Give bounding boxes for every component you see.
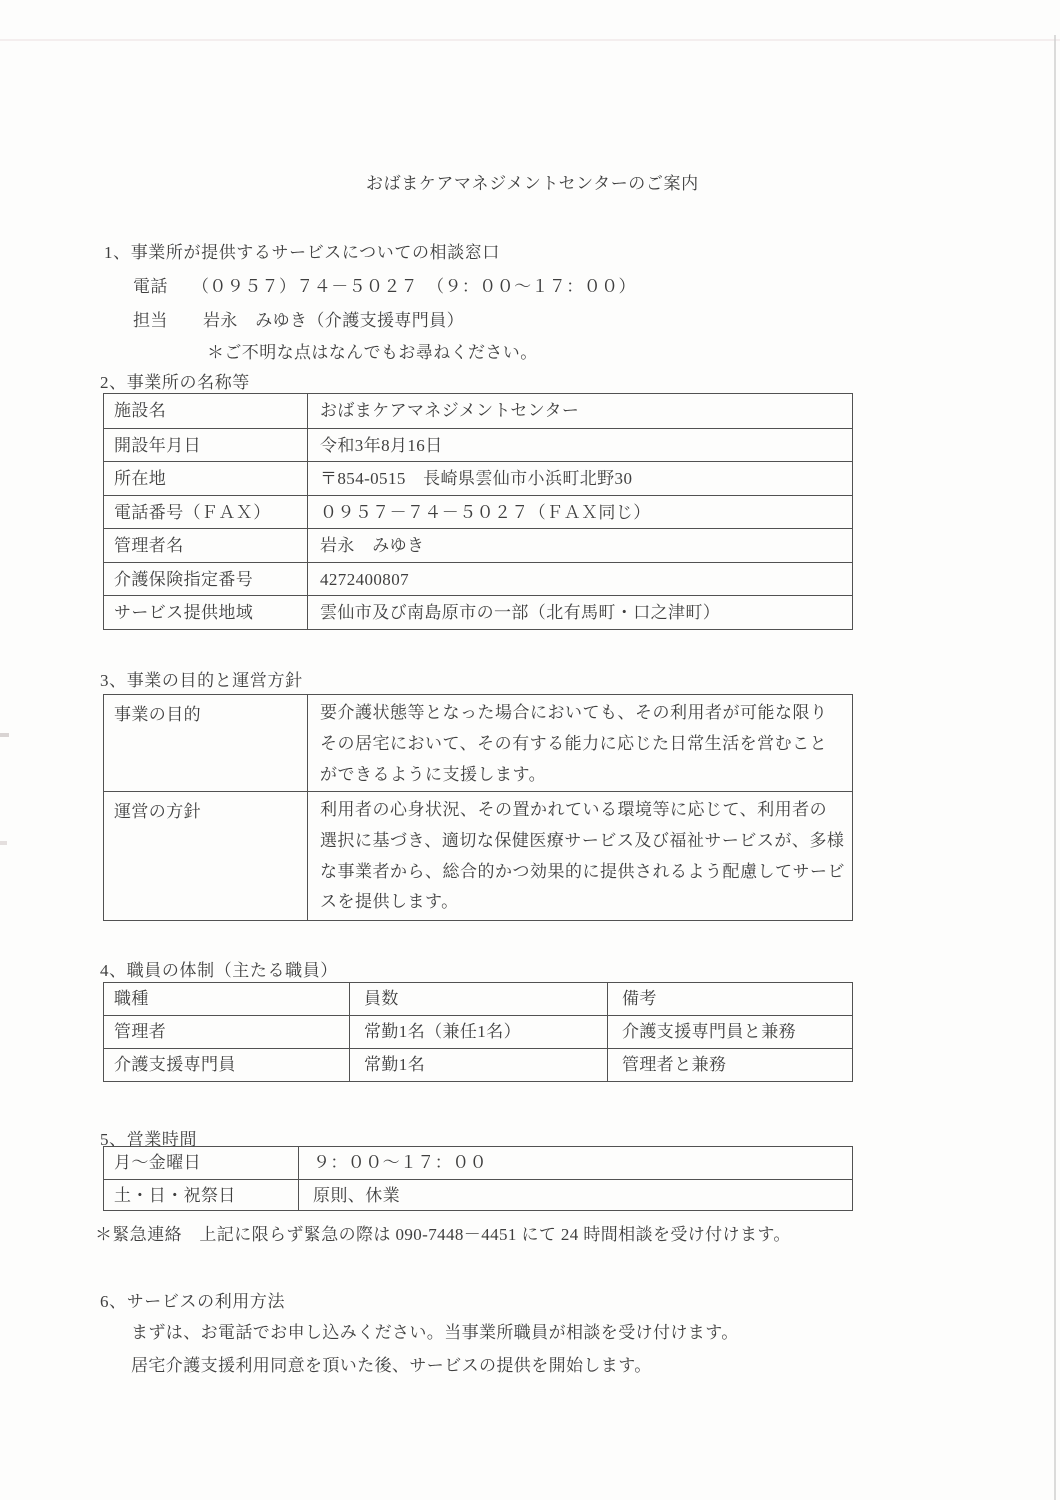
- row-value: 〒854-0515 長崎県雲仙市小浜町北野30: [308, 462, 852, 495]
- table-row: 月～金曜日 ９：００～１７：００: [104, 1147, 852, 1179]
- page-title: おばまケアマネジメントセンターのご案内: [366, 169, 699, 194]
- phone-line: 電話（０９５７）７４－５０２７ （９：００～１７：００）: [133, 272, 636, 297]
- row-value: 雲仙市及び南島原市の一部（北有馬町・口之津町）: [308, 596, 852, 629]
- table-row: 所在地 〒854-0515 長崎県雲仙市小浜町北野30: [104, 461, 852, 495]
- row-value: 令和3年8月16日: [308, 429, 852, 462]
- table-row: 介護保険指定番号 4272400807: [104, 562, 852, 596]
- row-label: 介護保険指定番号: [104, 563, 308, 596]
- scan-mark: [0, 733, 9, 737]
- text-line: 利用者の心身状況、その置かれている環境等に応じて、利用者の: [320, 795, 852, 826]
- table-row: 土・日・祝祭日 原則、休業: [104, 1179, 852, 1211]
- row-value: おばまケアマネジメントセンター: [308, 394, 852, 428]
- column-header: 備考: [608, 983, 852, 1015]
- row-value: 原則、休業: [299, 1180, 852, 1211]
- table-row: 介護支援専門員 常勤1名 管理者と兼務: [104, 1048, 852, 1081]
- row-value: 要介護状態等となった場合においても、その利用者が可能な限り その居宅において、そ…: [308, 695, 852, 791]
- staff-role: 管理者: [104, 1016, 350, 1048]
- text-line: その居宅において、その有する能力に応じた日常生活を営むこと: [320, 729, 852, 760]
- purpose-policy-table: 事業の目的 要介護状態等となった場合においても、その利用者が可能な限り その居宅…: [103, 694, 853, 921]
- table-row: 施設名 おばまケアマネジメントセンター: [104, 394, 852, 428]
- staff-role: 介護支援専門員: [104, 1049, 350, 1081]
- section-1-heading: 1、事業所が提供するサービスについての相談窓口: [104, 238, 500, 263]
- row-label: 電話番号（ＦＡＸ）: [104, 496, 308, 529]
- row-label: 管理者名: [104, 529, 308, 562]
- row-value: ０９５７－７４－５０２７（ＦＡＸ同じ）: [308, 496, 852, 529]
- row-label: 開設年月日: [104, 429, 308, 462]
- row-label: 事業の目的: [104, 695, 308, 791]
- section-6-heading: 6、サービスの利用方法: [100, 1287, 285, 1312]
- contact-value: 岩永 みゆき（介護支援専門員）: [203, 311, 464, 330]
- table-row: 事業の目的 要介護状態等となった場合においても、その利用者が可能な限り その居宅…: [104, 695, 852, 791]
- hours-table: 月～金曜日 ９：００～１７：００ 土・日・祝祭日 原則、休業: [103, 1146, 853, 1211]
- row-value: 利用者の心身状況、その置かれている環境等に応じて、利用者の 選択に基づき、適切な…: [308, 792, 852, 920]
- contact-line: 担当岩永 みゆき（介護支援専門員）: [133, 306, 464, 331]
- facility-info-table: 施設名 おばまケアマネジメントセンター 開設年月日 令和3年8月16日 所在地 …: [103, 393, 853, 630]
- scan-mark: [0, 841, 7, 845]
- emergency-note: ＊緊急連絡 上記に限らず緊急の際は 090-7448－4451 にて 24 時間…: [95, 1220, 791, 1245]
- staff-count: 常勤1名: [350, 1049, 608, 1081]
- table-row: 開設年月日 令和3年8月16日: [104, 428, 852, 462]
- row-label: サービス提供地域: [104, 596, 308, 629]
- usage-line: 居宅介護支援利用同意を頂いた後、サービスの提供を開始します。: [131, 1351, 652, 1376]
- phone-value: （０９５７）７４－５０２７ （９：００～１７：００）: [192, 277, 636, 296]
- staff-count: 常勤1名（兼任1名）: [350, 1016, 608, 1048]
- row-value: 岩永 みゆき: [308, 529, 852, 562]
- row-label: 所在地: [104, 462, 308, 495]
- staff-table: 職種 員数 備考 管理者 常勤1名（兼任1名） 介護支援専門員と兼務 介護支援専…: [103, 982, 853, 1082]
- scan-streak: [0, 39, 1060, 41]
- row-label: 土・日・祝祭日: [104, 1180, 299, 1211]
- column-header: 員数: [350, 983, 608, 1015]
- column-header: 職種: [104, 983, 350, 1015]
- table-row: 管理者名 岩永 みゆき: [104, 528, 852, 562]
- text-line: 選択に基づき、適切な保健医療サービス及び福祉サービスが、多様: [320, 826, 852, 857]
- text-line: ができるように支援します。: [320, 760, 852, 791]
- row-value: 4272400807: [308, 563, 852, 596]
- text-line: な事業者から、総合的かつ効果的に提供されるよう配慮してサービ: [320, 857, 852, 888]
- row-label: 施設名: [104, 394, 308, 428]
- section-3-heading: 3、事業の目的と運営方針: [100, 666, 303, 691]
- staff-note: 管理者と兼務: [608, 1049, 852, 1081]
- section-2-heading: 2、事業所の名称等: [100, 368, 250, 393]
- usage-line: まずは、お電話でお申し込みください。当事業所職員が相談を受け付けます。: [131, 1318, 739, 1343]
- staff-note: 介護支援専門員と兼務: [608, 1016, 852, 1048]
- row-label: 月～金曜日: [104, 1147, 299, 1179]
- table-row: サービス提供地域 雲仙市及び南島原市の一部（北有馬町・口之津町）: [104, 595, 852, 629]
- section-4-heading: 4、職員の体制（主たる職員）: [100, 956, 338, 981]
- row-value: ９：００～１７：００: [299, 1147, 852, 1179]
- table-row: 電話番号（ＦＡＸ） ０９５７－７４－５０２７（ＦＡＸ同じ）: [104, 495, 852, 529]
- row-label: 運営の方針: [104, 792, 308, 920]
- inquiry-note: ＊ご不明な点はなんでもお尋ねください。: [207, 338, 538, 363]
- phone-label: 電話: [133, 272, 192, 297]
- contact-label: 担当: [133, 306, 203, 331]
- table-row: 運営の方針 利用者の心身状況、その置かれている環境等に応じて、利用者の 選択に基…: [104, 791, 852, 920]
- text-line: スを提供します。: [320, 887, 852, 918]
- page-edge-line: [1054, 35, 1056, 1500]
- table-row: 管理者 常勤1名（兼任1名） 介護支援専門員と兼務: [104, 1015, 852, 1048]
- table-header-row: 職種 員数 備考: [104, 983, 852, 1015]
- text-line: 要介護状態等となった場合においても、その利用者が可能な限り: [320, 698, 852, 729]
